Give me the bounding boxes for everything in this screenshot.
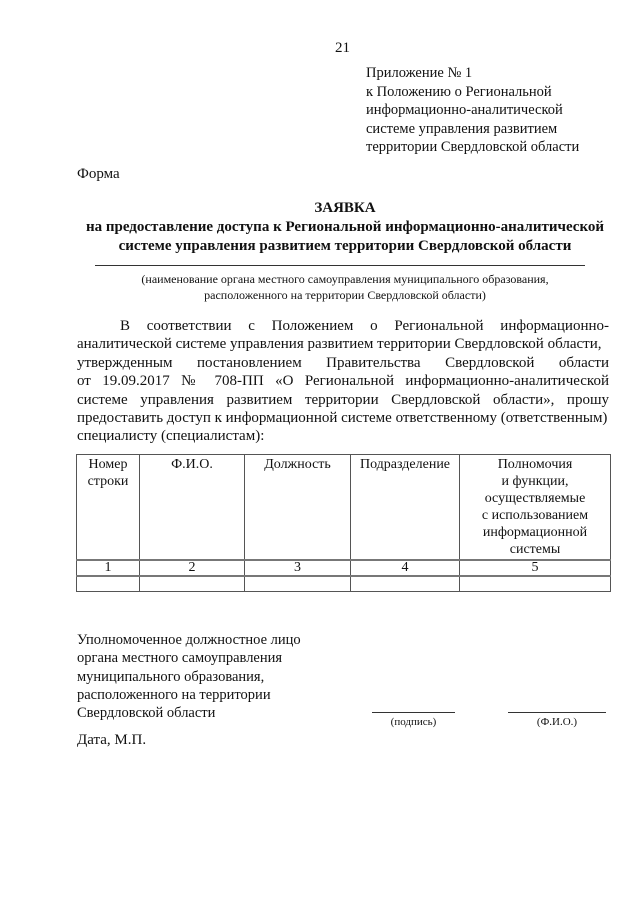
table-cell[interactable] xyxy=(140,576,245,592)
header-line: Ф.И.О. xyxy=(142,456,242,473)
signer-line: органа местного самоуправления xyxy=(77,649,301,667)
column-number-row: 1 2 3 4 5 xyxy=(77,560,611,576)
column-number: 5 xyxy=(460,560,611,576)
column-number: 4 xyxy=(351,560,460,576)
signature-field[interactable] xyxy=(372,712,455,713)
authorized-official-block: Уполномоченное должностное лицо органа м… xyxy=(77,631,301,722)
organization-name-caption: (наименование органа местного самоуправл… xyxy=(60,271,630,303)
column-number: 3 xyxy=(245,560,351,576)
request-paragraph: В соответствии с Положением о Региональн… xyxy=(77,317,609,446)
table-cell[interactable] xyxy=(351,576,460,592)
header-row-number: Номер строки xyxy=(77,455,140,561)
title-subtitle-line: на предоставление доступа к Региональной… xyxy=(60,218,630,237)
appendix-line: Приложение № 1 xyxy=(366,64,579,83)
header-line: строки xyxy=(79,473,137,490)
title-subtitle-line: системе управления развитием территории … xyxy=(60,237,630,256)
appendix-line: информационно-аналитической xyxy=(366,101,579,120)
column-number: 1 xyxy=(77,560,140,576)
header-full-name: Ф.И.О. xyxy=(140,455,245,561)
signer-line: расположенного на территории xyxy=(77,686,301,704)
paragraph-line: предоставить доступ к информационной сис… xyxy=(77,409,609,427)
signature-caption: (подпись) xyxy=(372,716,455,728)
date-stamp-label: Дата, М.П. xyxy=(77,732,146,749)
paragraph-line: системе управления развитием территории … xyxy=(77,391,609,409)
paragraph-line: от 19.09.2017 № 708-ПП «О Региональной и… xyxy=(77,372,609,390)
header-line: и функции, xyxy=(462,473,608,490)
table-row xyxy=(77,576,611,592)
table-cell[interactable] xyxy=(245,576,351,592)
appendix-line: к Положению о Региональной xyxy=(366,83,579,102)
organization-name-field[interactable] xyxy=(95,265,585,266)
table-cell[interactable] xyxy=(77,576,140,592)
signer-line: Уполномоченное должностное лицо xyxy=(77,631,301,649)
paragraph-line: специалисту (специалистам): xyxy=(77,427,609,445)
table-cell[interactable] xyxy=(460,576,611,592)
header-line: с использованием xyxy=(462,507,608,524)
paragraph-line: В соответствии с Положением о Региональн… xyxy=(77,317,609,335)
header-permissions: Полномочия и функции, осуществляемые с и… xyxy=(460,455,611,561)
specialists-table: Номер строки Ф.И.О. Должность Подразделе… xyxy=(76,454,611,592)
appendix-line: системе управления развитием xyxy=(366,120,579,139)
header-line: системы xyxy=(462,541,608,558)
signer-line: муниципального образования, xyxy=(77,668,301,686)
column-number: 2 xyxy=(140,560,245,576)
header-department: Подразделение xyxy=(351,455,460,561)
table-header-row: Номер строки Ф.И.О. Должность Подразделе… xyxy=(77,455,611,561)
caption-line: расположенного на территории Свердловско… xyxy=(60,287,630,303)
header-line: информационной xyxy=(462,524,608,541)
caption-line: (наименование органа местного самоуправл… xyxy=(60,271,630,287)
header-line: Полномочия xyxy=(462,456,608,473)
page-number: 21 xyxy=(335,40,350,57)
fio-field[interactable] xyxy=(508,712,606,713)
header-line: Подразделение xyxy=(353,456,457,473)
appendix-line: территории Свердловской области xyxy=(366,138,579,157)
header-position: Должность xyxy=(245,455,351,561)
paragraph-line: аналитической системе управления развити… xyxy=(77,335,609,353)
fio-caption: (Ф.И.О.) xyxy=(508,716,606,728)
title-heading: ЗАЯВКА xyxy=(60,199,630,218)
header-line: осуществляемые xyxy=(462,490,608,507)
header-line: Номер xyxy=(79,456,137,473)
form-label: Форма xyxy=(77,166,120,183)
signer-line: Свердловской области xyxy=(77,704,301,722)
header-line: Должность xyxy=(247,456,348,473)
document-title: ЗАЯВКА на предоставление доступа к Регио… xyxy=(60,199,630,256)
appendix-reference: Приложение № 1 к Положению о Регионально… xyxy=(366,64,579,157)
paragraph-line: утвержденным постановлением Правительств… xyxy=(77,354,609,372)
